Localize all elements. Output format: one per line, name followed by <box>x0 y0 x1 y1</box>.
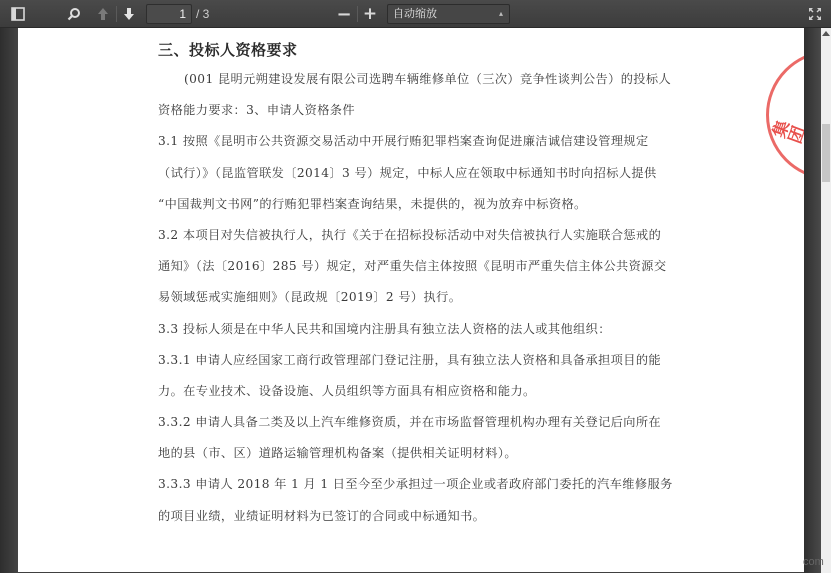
zoom-level-value: 自动缩放 <box>393 7 437 20</box>
next-page-button[interactable] <box>120 4 138 24</box>
fullscreen-icon <box>808 7 822 21</box>
doc-line: 的项目业绩，业绩证明材料为已签订的合同或中标通知书。 <box>158 501 718 532</box>
search-button[interactable] <box>64 4 84 24</box>
previous-page-button[interactable] <box>94 4 112 24</box>
doc-line: 3.1 按照《昆明市公共资源交易活动中开展行贿犯罪档案查询促进廉洁诚信建设管理规… <box>158 126 718 157</box>
bottom-strip <box>0 573 831 582</box>
doc-line: (001 昆明元朔建设发展有限公司选聘车辆维修单位（三次）竞争性谈判公告）的投标… <box>158 64 718 95</box>
search-icon <box>67 7 81 21</box>
doc-line: 易领域惩戒实施细则》（昆政规〔2019〕2 号）执行。 <box>158 282 718 313</box>
doc-line: （试行）》（昆监管联发〔2014〕3 号）规定，中标人应在领取中标通知书时向招标… <box>158 158 718 189</box>
document-content: 三、投标人资格要求 (001 昆明元朔建设发展有限公司选聘车辆维修单位（三次）竞… <box>158 36 718 532</box>
company-seal-stamp <box>766 50 804 180</box>
toolbar-divider <box>116 6 117 22</box>
vertical-scrollbar[interactable] <box>821 28 831 573</box>
doc-line: 地的县（市、区）道路运输管理机构备案（提供相关证明材料）。 <box>158 438 718 469</box>
doc-line: 资格能力要求：3、申请人资格条件 <box>158 95 718 126</box>
page-number-input[interactable]: 1 <box>146 4 192 24</box>
doc-line: 3.2 本项目对失信被执行人，执行《关于在招标投标活动中对失信被执行人实施联合惩… <box>158 220 718 251</box>
section-heading: 三、投标人资格要求 <box>158 36 718 64</box>
arrow-down-icon <box>123 7 135 21</box>
pdf-page: 三、投标人资格要求 (001 昆明元朔建设发展有限公司选聘车辆维修单位（三次）竞… <box>18 28 804 572</box>
doc-line: 力。在专业技术、设备设施、人员组织等方面具有相应资格和能力。 <box>158 376 718 407</box>
scroll-up-arrow-icon[interactable] <box>822 31 830 36</box>
doc-line: 3.3.2 申请人具备二类及以上汽车维修资质，并在市场监督管理机构办理有关登记后… <box>158 407 718 438</box>
doc-line: “中国裁判文书网”的行贿犯罪档案查询结果，未提供的，视为放弃中标资格。 <box>158 189 718 220</box>
zoom-in-button[interactable]: + <box>362 4 378 24</box>
page-total-label: / 3 <box>196 7 209 21</box>
arrow-up-icon <box>97 7 109 21</box>
sidebar-toggle-icon <box>11 7 25 21</box>
document-viewer: 三、投标人资格要求 (001 昆明元朔建设发展有限公司选聘车辆维修单位（三次）竞… <box>0 28 831 582</box>
pdf-toolbar: 1 / 3 − + 自动缩放 ▴▾ <box>0 0 831 28</box>
doc-line: 3.3.3 申请人 2018 年 1 月 1 日至今至少承担过一项企业或者政府部… <box>158 469 718 500</box>
watermark-text: com <box>803 556 824 568</box>
doc-line: 通知》（法〔2016〕285 号）规定，对严重失信主体按照《昆明市严重失信主体公… <box>158 251 718 282</box>
doc-line: 3.3.1 申请人应经国家工商行政管理部门登记注册，具有独立法人资格和具备承担项… <box>158 345 718 376</box>
fullscreen-button[interactable] <box>806 4 824 24</box>
doc-line: 3.3 投标人须是在中华人民共和国境内注册具有独立法人资格的法人或其他组织： <box>158 314 718 345</box>
zoom-out-button[interactable]: − <box>336 4 352 24</box>
scrollbar-thumb[interactable] <box>822 124 830 182</box>
zoom-level-select[interactable]: 自动缩放 ▴▾ <box>387 4 510 24</box>
sidebar-toggle-button[interactable] <box>8 4 28 24</box>
viewer-right-gutter <box>804 28 821 573</box>
viewer-left-gutter <box>0 28 18 573</box>
toolbar-divider <box>357 6 358 22</box>
